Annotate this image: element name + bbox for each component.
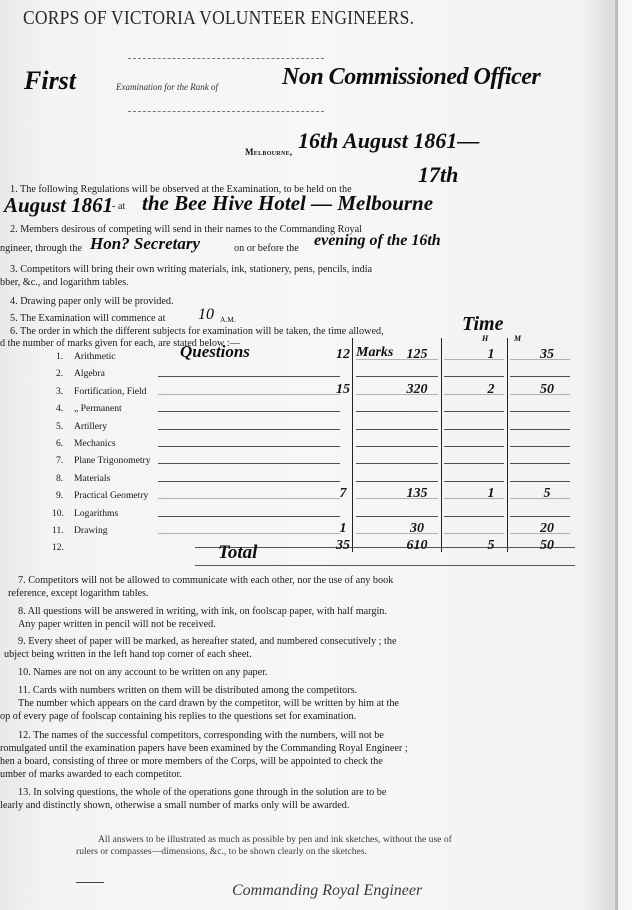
subject-label: Algebra xyxy=(74,368,105,379)
hours-value: 5 xyxy=(474,538,508,554)
regulation-2-cont: ngineer, through the xyxy=(0,243,82,256)
row-number: 8. xyxy=(56,473,63,484)
leader-line xyxy=(356,446,438,447)
leader-line xyxy=(510,429,570,430)
subject-label: Practical Geometry xyxy=(74,490,148,501)
divider xyxy=(128,111,324,112)
regulation-5: 5. The Examination will commence at xyxy=(10,313,165,326)
signature: Commanding Royal Engineer xyxy=(232,882,422,900)
subject-label: Logarithms xyxy=(74,508,118,519)
leader-line xyxy=(444,376,504,377)
leader-line xyxy=(444,481,504,482)
document-title: CORPS OF VICTORIA VOLUNTEER ENGINEERS. xyxy=(23,6,414,30)
row-number: 6. xyxy=(56,438,63,449)
hours-value: 1 xyxy=(474,486,508,502)
regulation-4: 4. Drawing paper only will be provided. xyxy=(10,296,174,309)
handwritten-deadline: evening of the 16th xyxy=(314,232,441,250)
subject-label: Drawing xyxy=(74,525,108,536)
minutes-header: M xyxy=(514,334,521,343)
leader-line xyxy=(356,463,438,464)
subject-label: Materials xyxy=(74,473,110,484)
leader-line xyxy=(158,516,340,517)
sketch-note-cont: rulers or compasses—dimensions, &c., to … xyxy=(76,846,367,859)
marks-value: 610 xyxy=(400,538,434,554)
row-number: 1. xyxy=(56,351,63,362)
place-label: Melbourne, xyxy=(245,147,292,157)
leader-line xyxy=(444,533,504,534)
regulation-7: 7. Competitors will not be allowed to co… xyxy=(18,575,393,588)
handwritten-day: 17th xyxy=(418,162,458,188)
regulation-12: 12. The names of the successful competit… xyxy=(18,730,384,743)
total-label: Total xyxy=(218,542,257,564)
page-edge xyxy=(615,0,618,910)
regulation-9: 9. Every sheet of paper will be marked, … xyxy=(18,636,397,649)
leader-line xyxy=(356,429,438,430)
leader-line xyxy=(158,463,340,464)
row-number: 11. xyxy=(52,525,64,536)
row-number: 10. xyxy=(52,508,64,519)
column-divider xyxy=(352,338,353,552)
regulation-11-cont: The number which appears on the card dra… xyxy=(18,698,399,711)
exam-label: Examination for the Rank of xyxy=(116,82,218,92)
regulation-3-cont: bber, &c., and logarithm tables. xyxy=(0,277,129,290)
handwritten-exam-number: First xyxy=(24,66,76,96)
handwritten-date: 16th August 1861— xyxy=(298,128,479,154)
subject-label: Fortification, Field xyxy=(74,386,146,397)
regulation-11: 11. Cards with numbers written on them w… xyxy=(18,685,357,698)
time-header: Time xyxy=(462,313,503,336)
regulation-10: 10. Names are not on any account to be w… xyxy=(18,667,268,680)
leader-line xyxy=(158,481,340,482)
leader-line xyxy=(356,376,438,377)
questions-value: 12 xyxy=(326,347,360,363)
minutes-value: 20 xyxy=(530,521,564,537)
questions-label: Questions xyxy=(180,342,250,362)
leader-line xyxy=(444,429,504,430)
regulation-7-cont: reference, except logarithm tables. xyxy=(8,588,149,601)
marks-value: 320 xyxy=(400,382,434,398)
leader-line xyxy=(158,498,340,499)
leader-line xyxy=(356,516,438,517)
minutes-value: 50 xyxy=(530,538,564,554)
regulation-9-cont: ubject being written in the left hand to… xyxy=(4,649,252,662)
row-number: 2. xyxy=(56,368,63,379)
leader-line xyxy=(444,446,504,447)
handwritten-venue: the Bee Hive Hotel — Melbourne xyxy=(142,191,433,216)
handwritten-start-time: 10 xyxy=(198,306,214,324)
leader-line xyxy=(444,411,504,412)
regulation-13-cont: learly and distinctly shown, otherwise a… xyxy=(0,800,349,813)
subject-label: Arithmetic xyxy=(74,351,116,362)
regulation-8-cont: Any paper written in pencil will not be … xyxy=(18,619,216,632)
handwritten-rank: Non Commissioned Officer xyxy=(282,64,540,91)
regulation-8: 8. All questions will be answered in wri… xyxy=(18,606,387,619)
leader-line xyxy=(158,411,340,412)
sketch-note: All answers to be illustrated as much as… xyxy=(98,834,452,847)
column-divider xyxy=(441,338,442,552)
leader-line xyxy=(510,463,570,464)
leader-line xyxy=(510,446,570,447)
row-number: 5. xyxy=(56,421,63,432)
am-label: A.M. xyxy=(220,315,236,324)
leader-line xyxy=(158,429,340,430)
total-rule xyxy=(195,565,575,566)
subject-label: Plane Trigonometry xyxy=(74,455,151,466)
regulation-1-at: - at xyxy=(112,201,125,214)
short-rule xyxy=(76,882,104,883)
row-number: 9. xyxy=(56,490,63,501)
handwritten-secretary: Hon? Secretary xyxy=(90,234,200,254)
row-number: 12. xyxy=(52,542,64,553)
column-divider xyxy=(507,338,508,552)
leader-line xyxy=(158,394,340,395)
hours-value: 2 xyxy=(474,382,508,398)
regulation-12-cont: romulgated until the examination papers … xyxy=(0,743,408,756)
leader-line xyxy=(158,376,340,377)
regulation-11-cont2: op of every page of foolscap containing … xyxy=(0,711,356,724)
divider xyxy=(128,58,324,59)
subject-label: Mechanics xyxy=(74,438,116,449)
regulation-3: 3. Competitors will bring their own writ… xyxy=(10,264,372,277)
questions-value: 15 xyxy=(326,382,360,398)
regulation-2-before: on or before the xyxy=(234,243,299,256)
leader-line xyxy=(510,376,570,377)
leader-line xyxy=(444,516,504,517)
row-number: 4. xyxy=(56,403,63,414)
minutes-value: 5 xyxy=(530,486,564,502)
regulation-13: 13. In solving questions, the whole of t… xyxy=(18,787,386,800)
questions-value: 35 xyxy=(326,538,360,554)
handwritten-month-year: August 1861 xyxy=(4,193,113,218)
hours-header: H xyxy=(482,334,488,343)
subject-label: Artillery xyxy=(74,421,107,432)
minutes-value: 35 xyxy=(530,347,564,363)
regulation-6: 6. The order in which the different subj… xyxy=(10,326,384,339)
leader-line xyxy=(510,516,570,517)
leader-line xyxy=(444,463,504,464)
row-number: 7. xyxy=(56,455,63,466)
leader-line xyxy=(510,411,570,412)
leader-line xyxy=(158,533,340,534)
minutes-value: 50 xyxy=(530,382,564,398)
marks-value: 125 xyxy=(400,347,434,363)
leader-line xyxy=(356,481,438,482)
leader-line xyxy=(356,411,438,412)
leader-line xyxy=(158,446,340,447)
regulation-12-cont3: umber of marks awarded to each competito… xyxy=(0,769,182,782)
questions-value: 7 xyxy=(326,486,360,502)
marks-value: 135 xyxy=(400,486,434,502)
questions-value: 1 xyxy=(326,521,360,537)
leader-line xyxy=(510,481,570,482)
row-number: 3. xyxy=(56,386,63,397)
regulation-12-cont2: hen a board, consisting of three or more… xyxy=(0,756,383,769)
marks-value: 30 xyxy=(400,521,434,537)
subject-label: „ Permanent xyxy=(74,403,122,414)
hours-value: 1 xyxy=(474,347,508,363)
